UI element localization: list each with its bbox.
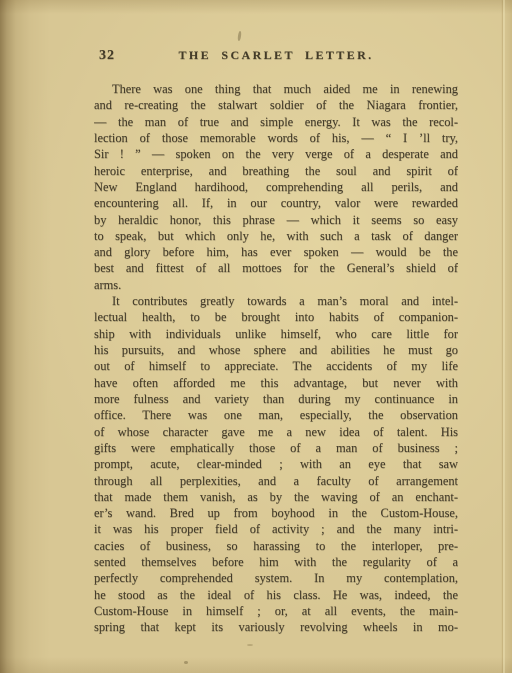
text-line: best and fittest of all mottoes for the … — [94, 260, 458, 276]
text-line: spring that kept its variously revolving… — [94, 619, 458, 635]
paragraph-1: There was one thing that much aided me i… — [94, 81, 458, 293]
text-line: lection of those memorable words of his,… — [94, 130, 458, 146]
text-line: Sir ! ” — spoken on the very verge of a … — [94, 146, 458, 162]
text-line: gifts were emphatically those of a man o… — [94, 440, 458, 456]
print-artifact — [237, 31, 241, 41]
text-line: New England hardihood, comprehending all… — [94, 179, 458, 195]
text-line: ship with individuals unlike himself, wh… — [94, 326, 458, 342]
paragraph-2: It contributes greatly towards a man’s m… — [94, 293, 458, 636]
text-line: it was his proper field of activity ; an… — [94, 521, 458, 537]
text-line: heroic enterprise, and breathing the sou… — [94, 163, 458, 179]
text-line: lectual health, to be brought into habit… — [94, 309, 458, 325]
running-title: THE SCARLET LETTER. — [94, 48, 458, 63]
text-line: he stood as the ideal of his class. He w… — [94, 587, 458, 603]
text-line: arms. — [94, 277, 458, 293]
text-line: perfectly comprehended system. In my con… — [94, 570, 458, 586]
text-line: his pursuits, and whose sphere and abili… — [94, 342, 458, 358]
text-line: to speak, but which only he, with such a… — [94, 228, 458, 244]
page-number: 32 — [99, 48, 115, 64]
book-page-scan: 32 THE SCARLET LETTER. There was one thi… — [0, 0, 512, 673]
text-line: more fulness and variety than during my … — [94, 391, 458, 407]
page-header: 32 THE SCARLET LETTER. — [94, 48, 458, 65]
text-line: sented themselves before him with the re… — [94, 554, 458, 570]
text-line: It contributes greatly towards a man’s m… — [94, 293, 458, 309]
text-line: and glory before him, has ever spoken — … — [94, 244, 458, 260]
text-line: out of himself to appreciate. The accide… — [94, 358, 458, 374]
text-line: office. There was one man, especially, t… — [94, 407, 458, 423]
paper-speck — [247, 644, 253, 646]
text-line: have often afforded me this advantage, b… — [94, 375, 458, 391]
body-text: There was one thing that much aided me i… — [94, 81, 458, 636]
text-line: prompt, acute, clear-minded ; with an ey… — [94, 456, 458, 472]
text-line: of whose character gave me a new idea of… — [94, 424, 458, 440]
text-line: — the man of true and simple energy. It … — [94, 114, 458, 130]
paper-speck — [184, 661, 188, 664]
text-line: cacies of business, so harassing to the … — [94, 538, 458, 554]
text-line: er’s wand. Bred up from boyhood in the C… — [94, 505, 458, 521]
paper-edge-crease — [503, 0, 505, 673]
text-line: and re-creating the stalwart soldier of … — [94, 97, 458, 113]
text-line: There was one thing that much aided me i… — [94, 81, 458, 97]
text-line: through all perplexities, and a faculty … — [94, 473, 458, 489]
text-line: that made them vanish, as by the waving … — [94, 489, 458, 505]
text-line: encountering all. If, in our country, va… — [94, 195, 458, 211]
text-line: Custom-House in himself ; or, at all eve… — [94, 603, 458, 619]
text-line: by heraldic honor, this phrase — which i… — [94, 212, 458, 228]
